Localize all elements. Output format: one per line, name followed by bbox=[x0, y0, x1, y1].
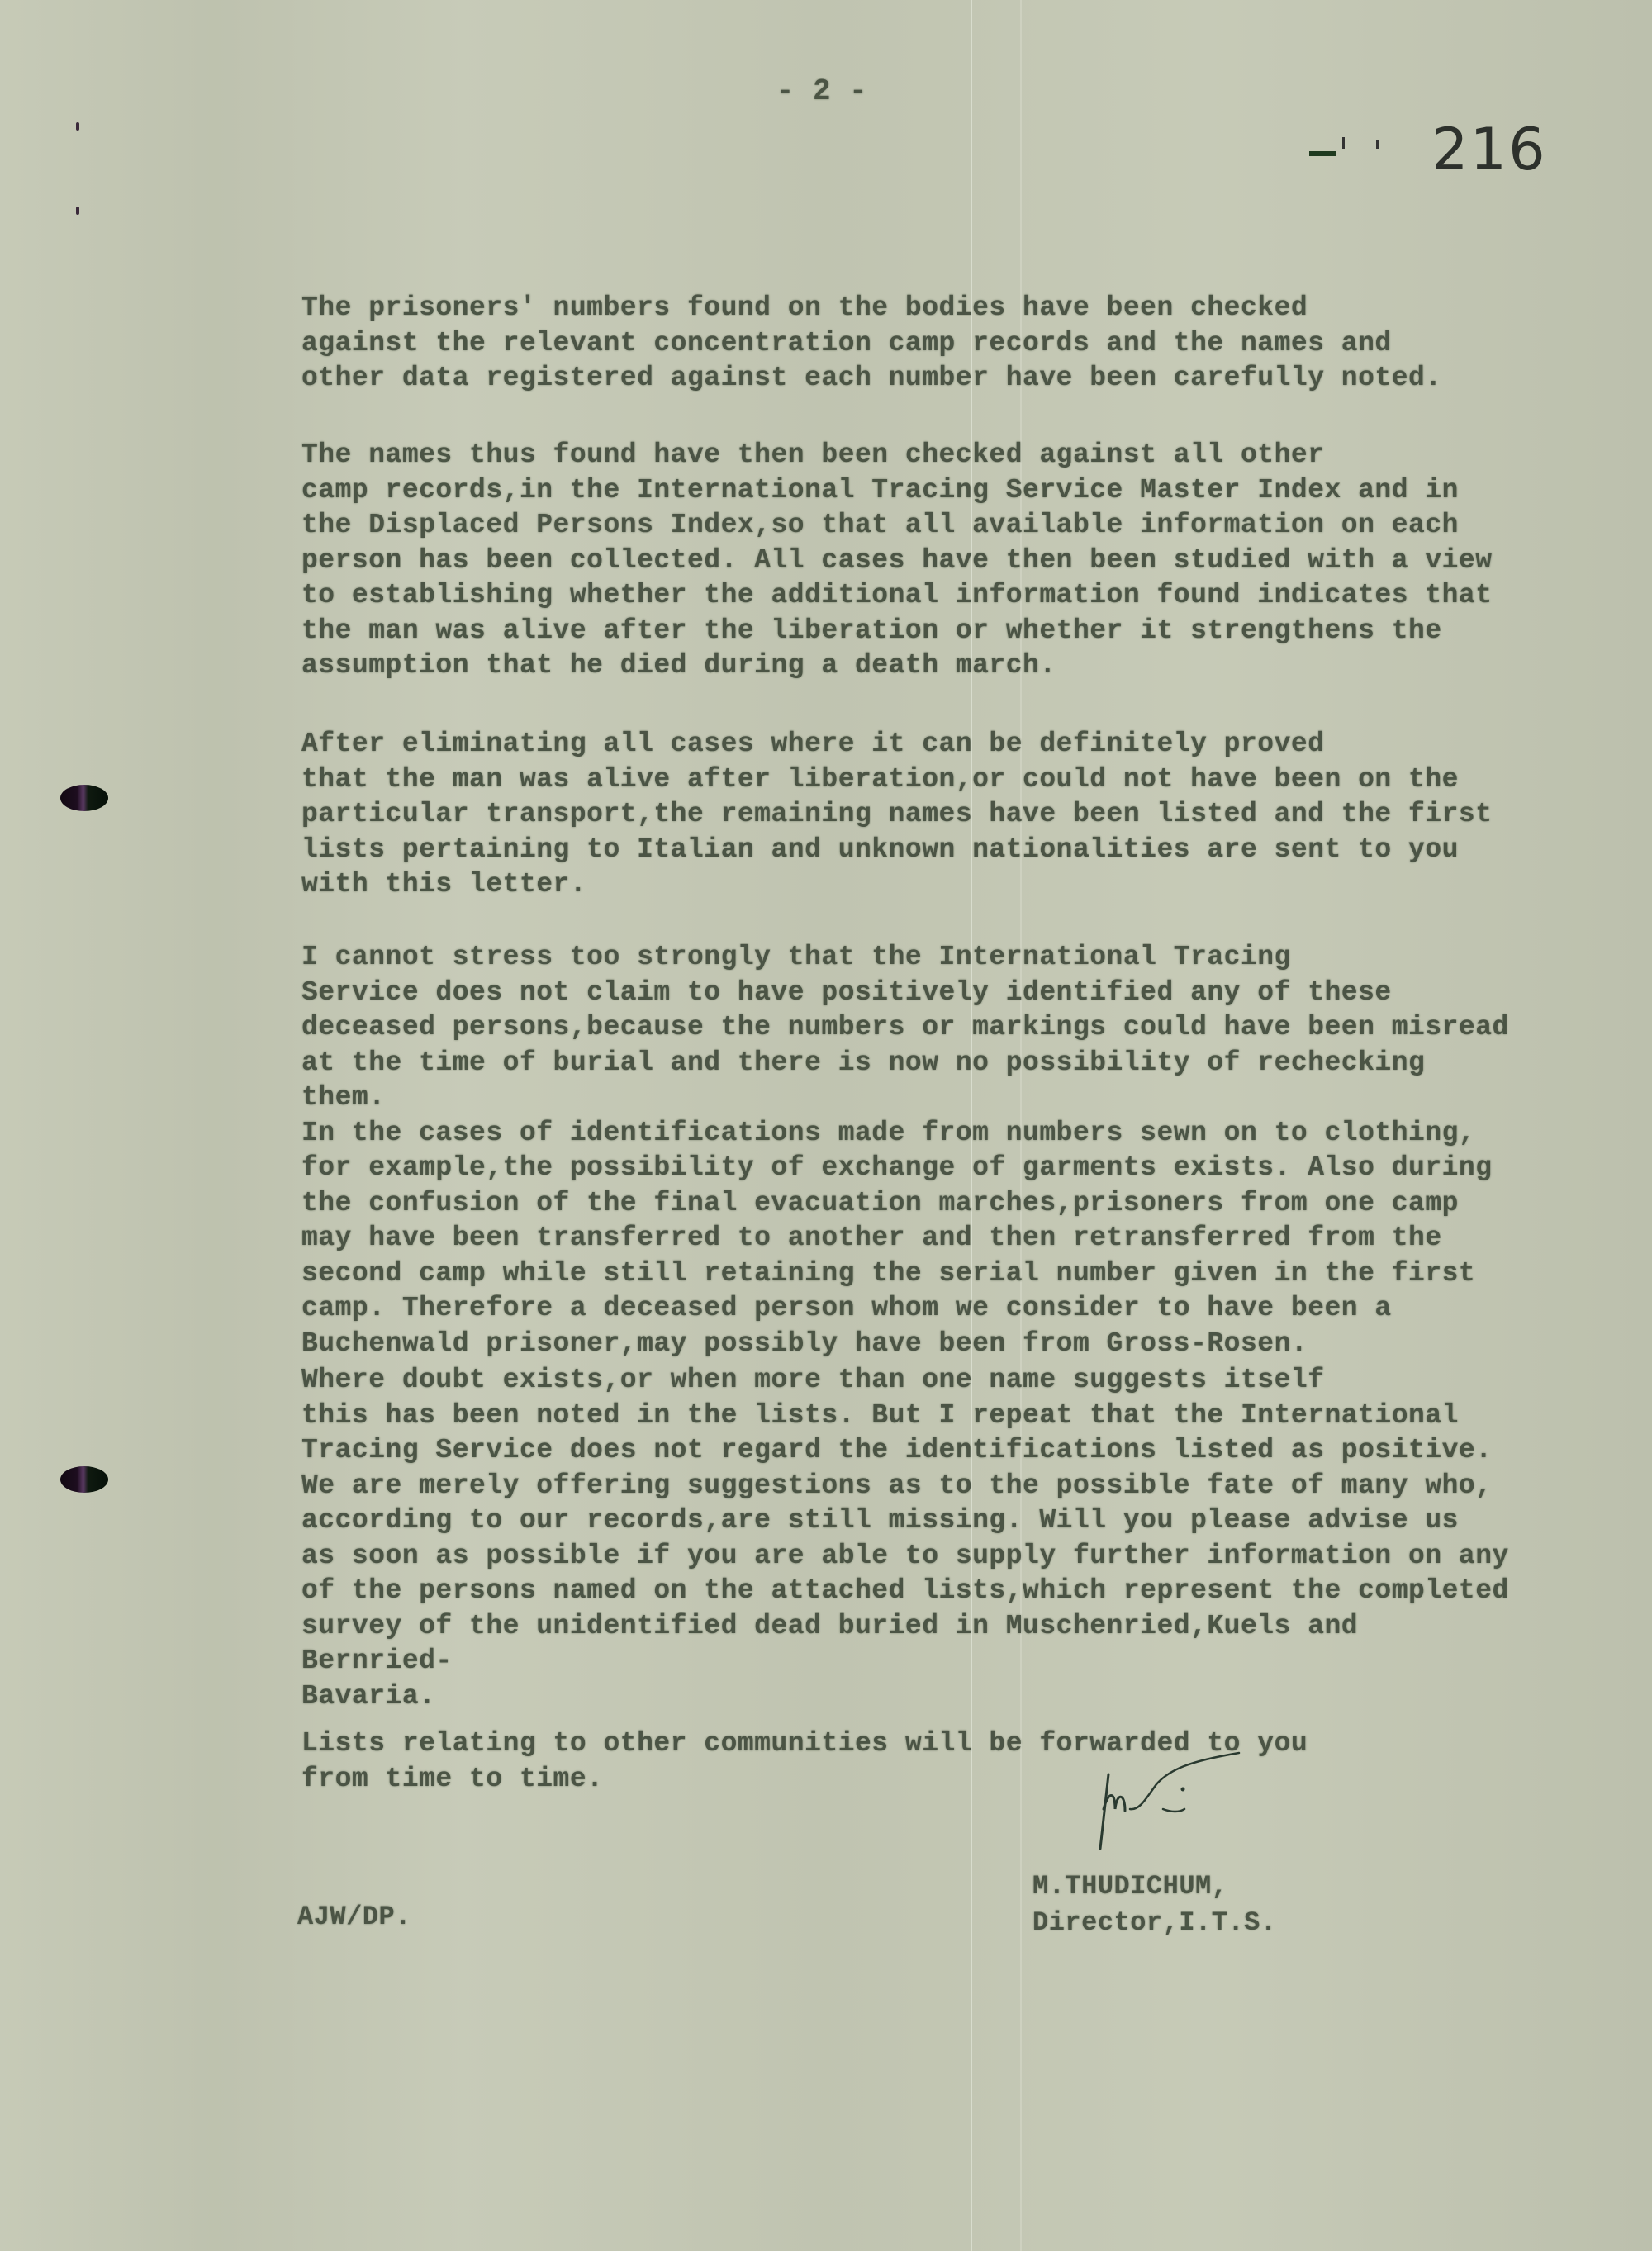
punch-hole bbox=[60, 785, 108, 811]
ink-speck bbox=[76, 207, 79, 215]
paragraph-1: The prisoners' numbers found on the bodi… bbox=[301, 291, 1524, 397]
ink-speck bbox=[76, 122, 79, 131]
signatory-name: M.THUDICHUM, bbox=[1032, 1869, 1277, 1905]
signature-block: M.THUDICHUM, Director,I.T.S. bbox=[1032, 1869, 1277, 1941]
document-page: - 2 - 216 The prisoners' numbers found o… bbox=[0, 0, 1652, 2251]
reference-initials: AJW/DP. bbox=[297, 1902, 411, 1932]
paragraph-4: I cannot stress too strongly that the In… bbox=[301, 940, 1524, 1361]
archive-stamp-mark bbox=[1376, 140, 1379, 149]
page-number: - 2 - bbox=[727, 74, 917, 108]
paragraph-3: After eliminating all cases where it can… bbox=[301, 727, 1524, 903]
archive-number: 216 bbox=[1431, 116, 1547, 183]
paragraph-2: The names thus found have then been chec… bbox=[301, 438, 1524, 684]
archive-stamp-mark bbox=[1342, 137, 1345, 149]
handwritten-signature bbox=[1090, 1751, 1256, 1867]
archive-stamp-mark bbox=[1309, 151, 1336, 156]
signatory-title: Director,I.T.S. bbox=[1032, 1905, 1277, 1941]
paragraph-5: Where doubt exists,or when more than one… bbox=[301, 1363, 1524, 1714]
paragraph-6: Lists relating to other communities will… bbox=[301, 1726, 1524, 1797]
punch-hole bbox=[60, 1466, 108, 1493]
